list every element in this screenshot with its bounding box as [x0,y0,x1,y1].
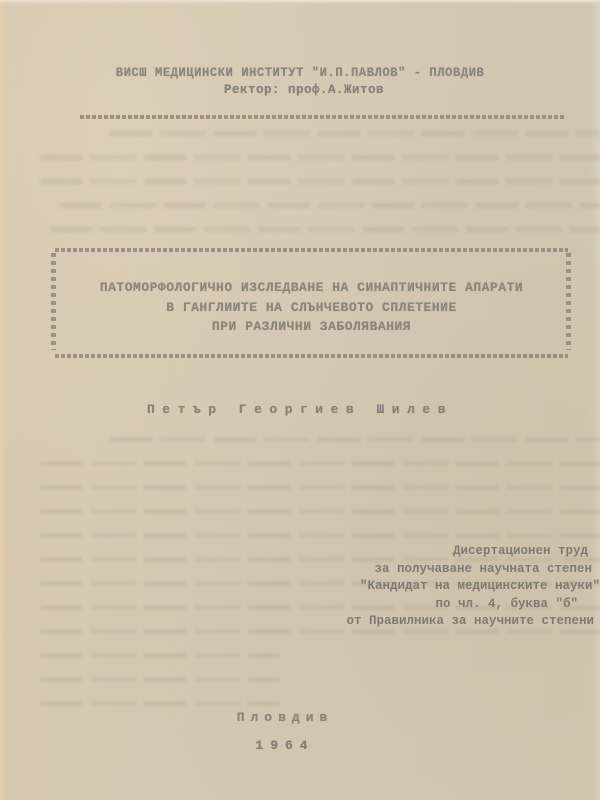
dissertation-note: Дисертационен труд за получаване научнат… [290,543,600,631]
author-name: Петър Георгиев Шилев [0,402,600,417]
title-line-1: ПАТОМОРФОЛОГИЧНО ИЗСЛЕДВАНЕ НА СИНАПТИЧН… [55,280,568,295]
year: 1964 [0,738,600,753]
frame-top-border [55,248,568,252]
paper-background [0,0,600,800]
dissertation-line-1: Дисертационен труд [290,543,600,561]
dissertation-line-2: за получаване научната степен [290,561,600,579]
dissertation-line-5: от Правилника за научните степени [290,613,600,631]
frame-bottom-border [55,354,568,358]
paper-edge [0,0,6,800]
paper-edge-top [0,0,600,4]
rector-line: Ректор: проф.А.Житов [0,83,600,97]
title-line-3: ПРИ РАЗЛИЧНИ ЗАБОЛЯВАНИЯ [55,319,568,334]
dissertation-line-3: "Кандидат на медицинските науки" [290,578,600,596]
title-line-2: В ГАНГЛИИТЕ НА СЛЪНЧЕВОТО СПЛЕТЕНИЕ [55,300,568,315]
institution-name: ВИСШ МЕДИЦИНСКИ ИНСТИТУТ "И.П.ПАВЛОВ" - … [6,66,594,80]
header-separator [80,115,564,119]
dissertation-line-4: по чл. 4, буква "б" [290,596,600,614]
city: Пловдив [0,710,600,725]
